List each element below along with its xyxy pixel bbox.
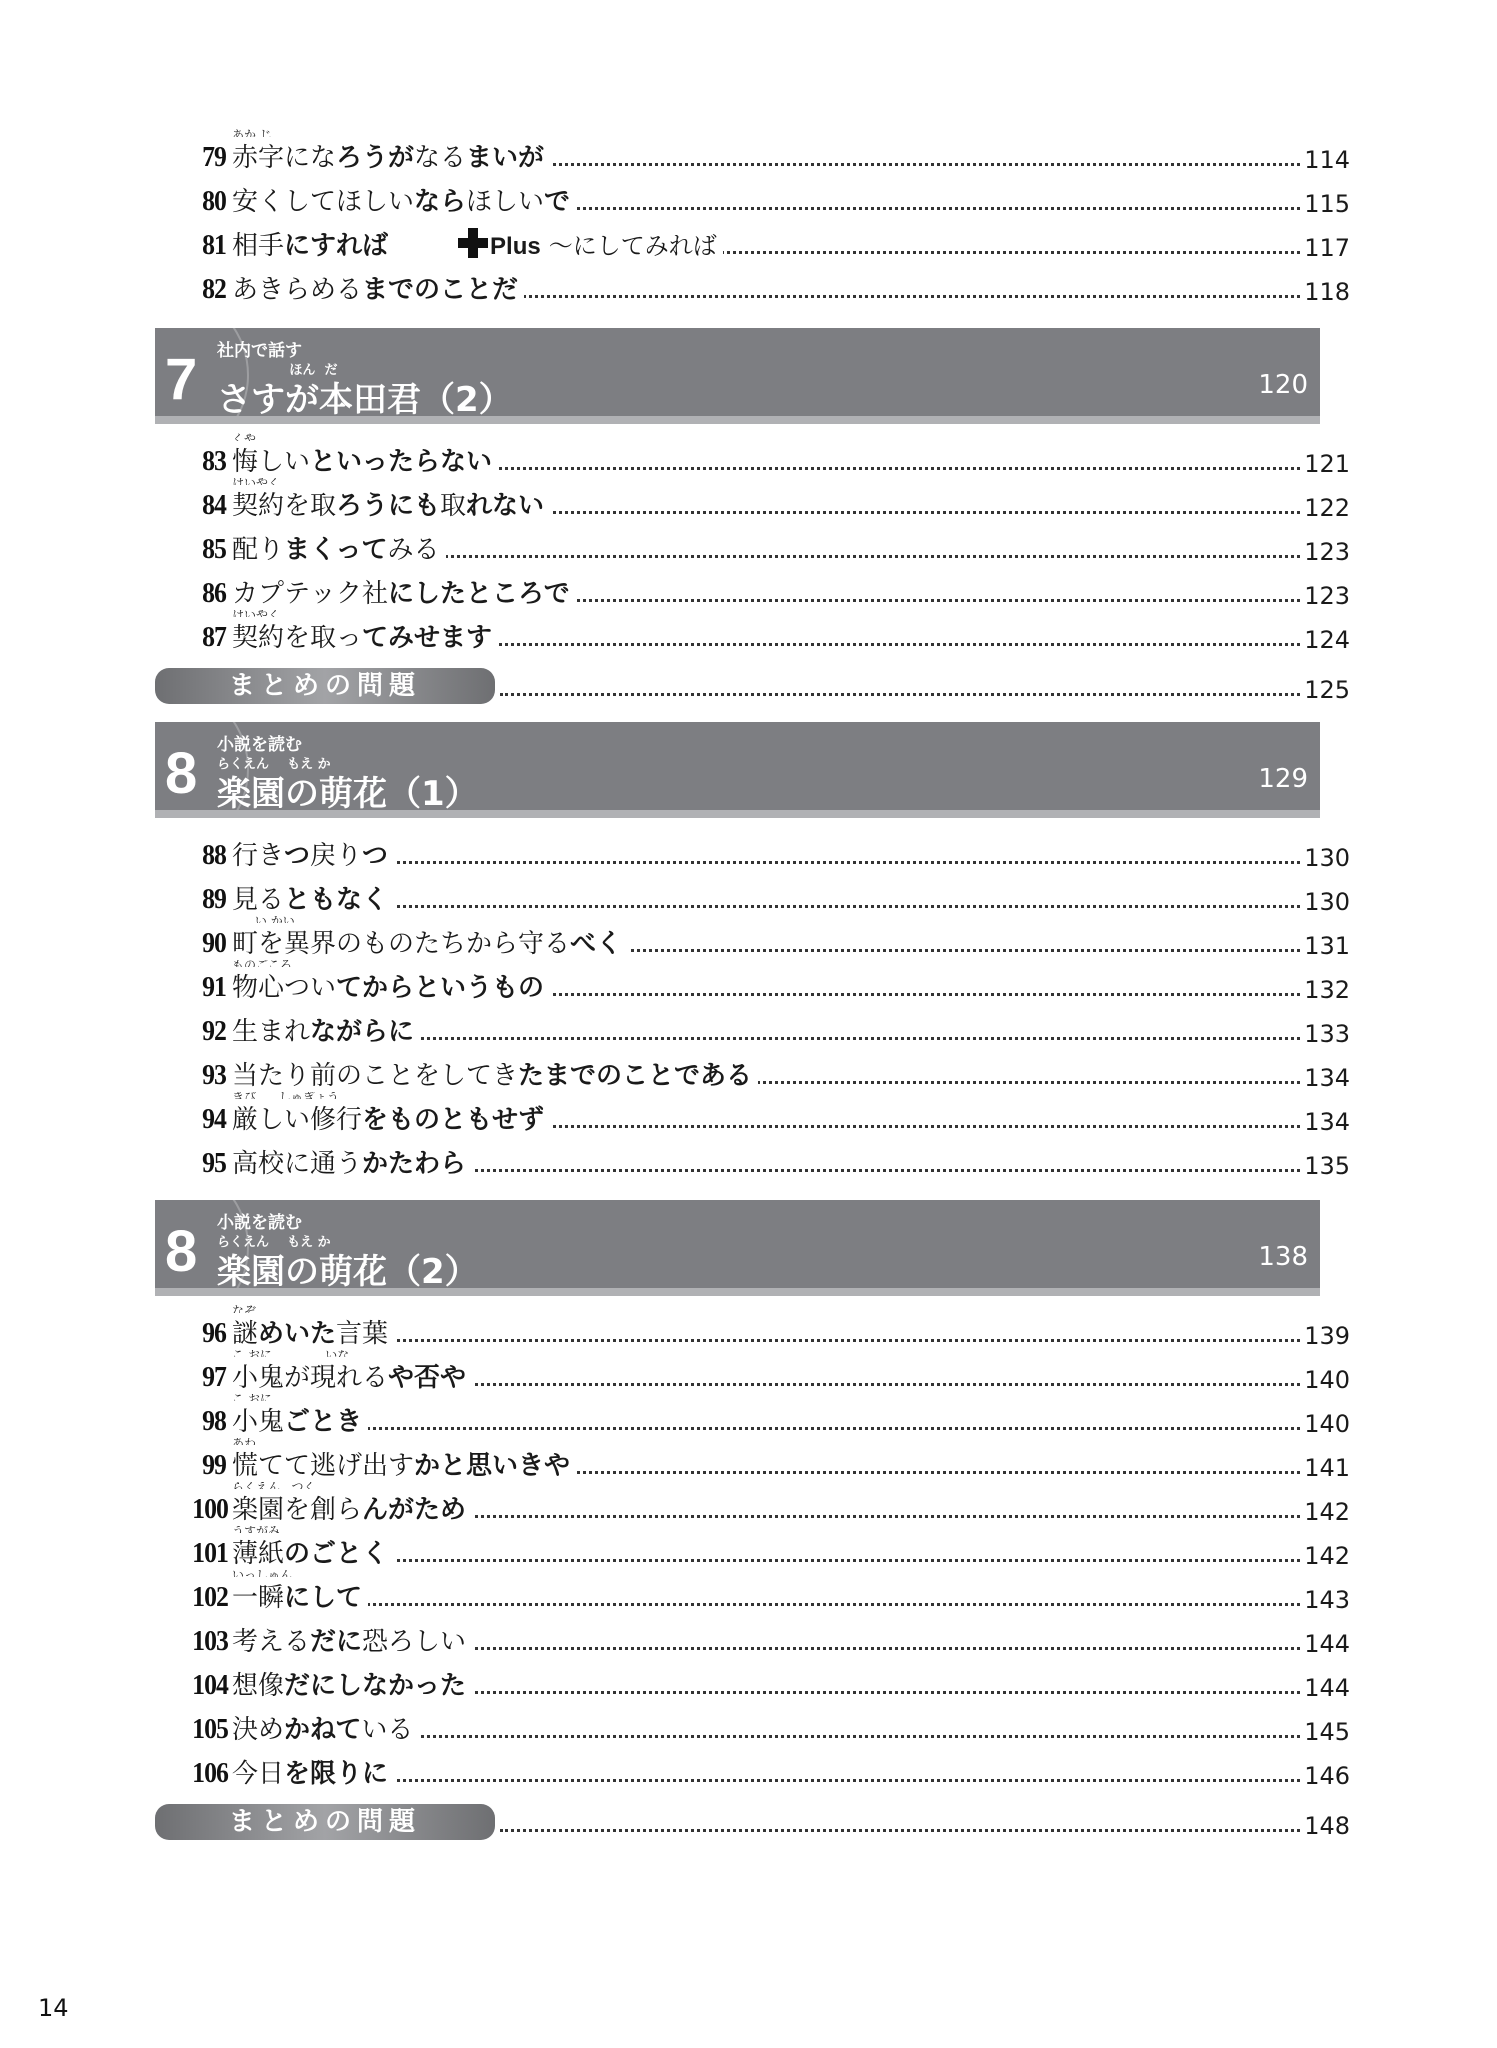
- entry-number: 95: [184, 1148, 226, 1180]
- entry-number: 81: [184, 230, 226, 262]
- page-ref: 131: [1304, 932, 1350, 960]
- page-ref: 145: [1304, 1718, 1350, 1746]
- grammar-pattern: といったらない: [310, 447, 492, 477]
- grammar-pattern: ろうが: [336, 143, 414, 173]
- example-text: 悔しい: [232, 447, 310, 477]
- toc-entry[interactable]: 83くや悔しいといったらない121: [180, 438, 1350, 482]
- toc-entry[interactable]: 93当たり前のことをしてきたまでのことである134: [180, 1052, 1350, 1096]
- entry-title: 薄紙のごとく: [232, 1533, 394, 1570]
- entry-number: 91: [184, 972, 226, 1004]
- toc-entry[interactable]: 85配りまくってみる123: [180, 526, 1350, 570]
- dot-leader: [240, 861, 1300, 864]
- toc-entry[interactable]: 99あわ慌てて逃げ出すかと思いきや141: [180, 1442, 1350, 1486]
- toc-entry[interactable]: 87けいやく契約を取ってみせます124: [180, 614, 1350, 658]
- grammar-pattern: まくって: [284, 535, 387, 565]
- page-ref: 123: [1304, 538, 1350, 566]
- toc-entry[interactable]: 95高校に通うかたわら135: [180, 1140, 1350, 1184]
- entry-number: 92: [184, 1016, 226, 1048]
- dot-leader: [240, 1603, 1300, 1606]
- grammar-pattern: で: [544, 187, 570, 217]
- entry-title: 楽園を創らんがため: [232, 1489, 472, 1526]
- example-text: ほしい: [466, 187, 544, 217]
- entry-number: 94: [184, 1104, 226, 1136]
- plus-text: 〜にしてみれば: [549, 232, 717, 260]
- example-text: いる: [361, 1715, 413, 1745]
- example-text: 恐ろしい: [362, 1627, 466, 1657]
- review-label: まとめの問題: [155, 1804, 495, 1840]
- example-text: 契約を取っ: [232, 623, 362, 653]
- toc-entry[interactable]: 92生まれながらに133: [180, 1008, 1350, 1052]
- example-text: 戻り: [310, 841, 362, 871]
- example-text: 相手: [232, 231, 284, 261]
- grammar-pattern: ろうにも: [336, 491, 440, 521]
- grammar-pattern: ごとき: [284, 1407, 362, 1437]
- page-ref: 142: [1304, 1498, 1350, 1526]
- example-text: 今日: [232, 1759, 284, 1789]
- entry-number: 86: [184, 578, 226, 610]
- grammar-pattern: かたわら: [362, 1149, 466, 1179]
- entry-title: 悔しいといったらない: [232, 441, 498, 478]
- page-ref: 124: [1304, 626, 1350, 654]
- example-text: 行き: [232, 841, 284, 871]
- toc-entry[interactable]: 79あか じ赤字になろうがなるまいが114: [180, 134, 1350, 178]
- chapter-subtitle: 社内で話す: [217, 336, 302, 361]
- entry-title: 一瞬にして: [232, 1577, 368, 1614]
- example-text: 配り: [232, 535, 284, 565]
- toc-entry[interactable]: 82あきらめるまでのことだ118: [180, 266, 1350, 310]
- grammar-pattern: つ: [362, 841, 388, 871]
- example-text: 一瞬: [232, 1583, 284, 1613]
- chapter-subtitle: 小説を読む: [217, 730, 302, 755]
- example-text: 慌てて逃げ出す: [232, 1451, 414, 1481]
- example-text: 厳しい修行: [232, 1105, 362, 1135]
- example-text: なる: [414, 143, 466, 173]
- dot-leader: [240, 1779, 1300, 1782]
- entry-number: 87: [184, 622, 226, 654]
- toc-entry[interactable]: 90 い かい町を異界のものたちから守るべく131: [180, 920, 1350, 964]
- example-text: 安くしてほしい: [232, 187, 414, 217]
- example-text: 小鬼: [232, 1407, 284, 1437]
- grammar-pattern: つ: [284, 841, 310, 871]
- entry-number: 93: [184, 1060, 226, 1092]
- grammar-pattern: てみせます: [362, 623, 492, 653]
- entry-title: 謎めいた言葉: [232, 1313, 394, 1350]
- example-text: 当たり前のことをしてき: [232, 1061, 518, 1091]
- chapter-number: 8: [165, 1218, 197, 1285]
- toc-entry[interactable]: 88行きつ戻りつ130: [180, 832, 1350, 876]
- entry-number: 103: [178, 1626, 228, 1658]
- page-ref: 140: [1304, 1366, 1350, 1394]
- entry-title: 小鬼が現れるや否や: [232, 1357, 472, 1394]
- example-text: 取: [440, 491, 466, 521]
- grammar-pattern: や否や: [388, 1363, 466, 1393]
- page-ref: 134: [1304, 1108, 1350, 1136]
- example-text: みる: [388, 535, 440, 565]
- example-text: 赤字にな: [232, 143, 336, 173]
- entry-title: 生まれながらに: [232, 1011, 420, 1048]
- entry-title: 慌てて逃げ出すかと思いきや: [232, 1445, 576, 1482]
- grammar-pattern: れない: [466, 491, 544, 521]
- chapter-title: 楽園の萌花（1）: [217, 766, 479, 815]
- page-ref: 123: [1304, 582, 1350, 610]
- grammar-pattern: を限りに: [284, 1759, 388, 1789]
- example-text: 物心つい: [232, 973, 336, 1003]
- entry-title: カプテック社にしたところで: [232, 573, 576, 610]
- entry-number: 98: [184, 1406, 226, 1438]
- page-ref: 125: [1304, 676, 1350, 704]
- toc-entry[interactable]: 102いっしゅん一瞬にして143: [180, 1574, 1350, 1618]
- entry-number: 84: [184, 490, 226, 522]
- entry-title: 安くしてほしいならほしいで: [232, 181, 576, 218]
- toc-entry[interactable]: 101うすがみ薄紙のごとく142: [180, 1530, 1350, 1574]
- review-label: まとめの問題: [155, 668, 495, 704]
- entry-number: 104: [178, 1670, 228, 1702]
- example-text: 見る: [232, 885, 284, 915]
- plus-note: Plus〜にしてみれば: [458, 226, 717, 261]
- example-text: 小鬼が現れる: [232, 1363, 388, 1393]
- page-ref: 130: [1304, 888, 1350, 916]
- entry-number: 99: [184, 1450, 226, 1482]
- page-ref: 138: [1258, 1242, 1308, 1272]
- toc-entry[interactable]: 89見るともなく130: [180, 876, 1350, 920]
- page-ref: 117: [1304, 234, 1350, 262]
- grammar-pattern: だにしなかった: [284, 1671, 466, 1701]
- page-ref: 118: [1304, 278, 1350, 306]
- grammar-pattern: たまでのことである: [518, 1061, 752, 1091]
- entry-number: 102: [178, 1582, 228, 1614]
- chapter-title: 楽園の萌花（2）: [217, 1244, 479, 1293]
- grammar-pattern: べく: [570, 929, 622, 959]
- entry-title: 厳しい修行をものともせず: [232, 1099, 550, 1136]
- entry-number: 100: [178, 1494, 228, 1526]
- page-ref: 115: [1304, 190, 1350, 218]
- toc-entry[interactable]: 94きび しゅぎょう厳しい修行をものともせず134: [180, 1096, 1350, 1140]
- page-ref: 129: [1258, 764, 1308, 794]
- chapter-number: 8: [165, 740, 197, 807]
- page-ref: 134: [1304, 1064, 1350, 1092]
- plus-icon: [458, 228, 488, 258]
- example-text: カプテック社: [232, 579, 388, 609]
- page-ref: 132: [1304, 976, 1350, 1004]
- entry-number: 90: [184, 928, 226, 960]
- page-ref: 120: [1258, 370, 1308, 400]
- page-ref: 146: [1304, 1762, 1350, 1790]
- example-text: 契約を取: [232, 491, 336, 521]
- entry-number: 89: [184, 884, 226, 916]
- grammar-pattern: にしたところで: [388, 579, 570, 609]
- grammar-pattern: かと思いきや: [414, 1451, 570, 1481]
- toc-entry[interactable]: 91ものごころ物心ついてからというもの132: [180, 964, 1350, 1008]
- dot-leader: [500, 1829, 1300, 1832]
- entry-title: あきらめるまでのことだ: [232, 269, 524, 306]
- page-ref: 141: [1304, 1454, 1350, 1482]
- entry-title: 今日を限りに: [232, 1753, 394, 1790]
- example-text: 高校に通う: [232, 1149, 362, 1179]
- entry-title: 契約を取ろうにも取れない: [232, 485, 550, 522]
- page-ref: 122: [1304, 494, 1350, 522]
- grammar-pattern: ながらに: [310, 1017, 414, 1047]
- example-text: 想像: [232, 1671, 284, 1701]
- grammar-pattern: てからというもの: [336, 973, 544, 1003]
- grammar-pattern: にすれば: [284, 231, 388, 261]
- toc-entry[interactable]: 100らくえん つく楽園を創らんがため142: [180, 1486, 1350, 1530]
- page-ref: 114: [1304, 146, 1350, 174]
- example-text: 薄紙: [232, 1539, 284, 1569]
- entry-title: 相手にすればPlus〜にしてみれば: [232, 225, 723, 262]
- page-ref: 144: [1304, 1630, 1350, 1658]
- chapter-subtitle: 小説を読む: [217, 1208, 302, 1233]
- entry-number: 97: [184, 1362, 226, 1394]
- toc-entry[interactable]: 81相手にすればPlus〜にしてみれば117: [180, 222, 1350, 266]
- entry-title: 小鬼ごとき: [232, 1401, 368, 1438]
- toc-entry[interactable]: 84けいやく契約を取ろうにも取れない122: [180, 482, 1350, 526]
- entry-title: 見るともなく: [232, 879, 394, 916]
- chapter-header[interactable]: 7社内で話す ほん ださすが本田君（2）120: [155, 328, 1320, 424]
- review-entry[interactable]: まとめの問題125: [155, 664, 1350, 708]
- entry-title: 考えるだに恐ろしい: [232, 1621, 472, 1658]
- example-text: 楽園を創ら: [232, 1495, 362, 1525]
- entry-number: 82: [184, 274, 226, 306]
- entry-title: 高校に通うかたわら: [232, 1143, 472, 1180]
- grammar-pattern: まいが: [466, 143, 544, 173]
- dot-leader: [500, 693, 1300, 696]
- dot-leader: [240, 1559, 1300, 1562]
- entry-number: 88: [184, 840, 226, 872]
- example-text: 言葉: [336, 1319, 388, 1349]
- entry-number: 85: [184, 534, 226, 566]
- page-ref: 140: [1304, 1410, 1350, 1438]
- entry-title: 物心ついてからというもの: [232, 967, 550, 1004]
- page-ref: 144: [1304, 1674, 1350, 1702]
- entry-number: 79: [184, 142, 226, 174]
- entry-title: 想像だにしなかった: [232, 1665, 472, 1702]
- dot-leader: [240, 905, 1300, 908]
- chapter-title: さすが本田君（2）: [217, 372, 513, 421]
- page-ref: 121: [1304, 450, 1350, 478]
- entry-number: 96: [184, 1318, 226, 1350]
- example-text: 生まれ: [232, 1017, 310, 1047]
- page-ref: 143: [1304, 1586, 1350, 1614]
- grammar-pattern: だに: [310, 1627, 362, 1657]
- example-text: 謎: [232, 1319, 258, 1349]
- dot-leader: [240, 1339, 1300, 1342]
- plus-label: Plus: [490, 233, 541, 260]
- entry-title: 当たり前のことをしてきたまでのことである: [232, 1055, 758, 1092]
- page-ref: 142: [1304, 1542, 1350, 1570]
- entry-title: 行きつ戻りつ: [232, 835, 394, 872]
- entry-title: 赤字になろうがなるまいが: [232, 137, 550, 174]
- grammar-pattern: をものともせず: [362, 1105, 544, 1135]
- chapter-header[interactable]: 8小説を読むらくえん もえ か楽園の萌花（1）129: [155, 722, 1320, 818]
- page-ref: 133: [1304, 1020, 1350, 1048]
- toc-entry[interactable]: 86カプテック社にしたところで123: [180, 570, 1350, 614]
- toc-entry[interactable]: 104想像だにしなかった144: [180, 1662, 1350, 1706]
- toc-entry[interactable]: 103考えるだに恐ろしい144: [180, 1618, 1350, 1662]
- page-number: 14: [38, 1994, 69, 2022]
- entry-number: 106: [178, 1758, 228, 1790]
- grammar-pattern: なら: [414, 187, 466, 217]
- entry-number: 101: [178, 1538, 228, 1570]
- entry-title: 町を異界のものたちから守るべく: [232, 923, 628, 960]
- toc-entry[interactable]: 106今日を限りに146: [180, 1750, 1350, 1794]
- page-ref: 139: [1304, 1322, 1350, 1350]
- chapter-header[interactable]: 8小説を読むらくえん もえ か楽園の萌花（2）138: [155, 1200, 1320, 1296]
- entry-title: 配りまくってみる: [232, 529, 446, 566]
- entry-number: 105: [178, 1714, 228, 1746]
- entry-number: 80: [184, 186, 226, 218]
- toc-entry[interactable]: 98こ おに小鬼ごとき140: [180, 1398, 1350, 1442]
- entry-title: 契約を取ってみせます: [232, 617, 498, 654]
- grammar-pattern: にして: [284, 1583, 362, 1613]
- page-ref: 148: [1304, 1812, 1350, 1840]
- chapter-number: 7: [165, 346, 197, 413]
- review-entry[interactable]: まとめの問題148: [155, 1800, 1350, 1844]
- grammar-pattern: んがため: [362, 1495, 466, 1525]
- grammar-pattern: ともなく: [284, 885, 388, 915]
- page-ref: 130: [1304, 844, 1350, 872]
- toc-entry[interactable]: 97こ おに いな小鬼が現れるや否や140: [180, 1354, 1350, 1398]
- example-text: あきらめる: [232, 275, 362, 305]
- example-text: 考える: [232, 1627, 310, 1657]
- toc-entry[interactable]: 80安くしてほしいならほしいで115: [180, 178, 1350, 222]
- grammar-pattern: めいた: [258, 1319, 336, 1349]
- entry-number: 83: [184, 446, 226, 478]
- example-text: 決め: [232, 1715, 284, 1745]
- grammar-pattern: までのことだ: [362, 275, 518, 305]
- grammar-pattern: のごとく: [284, 1539, 388, 1569]
- example-text: 町を異界のものたちから守る: [232, 929, 570, 959]
- page-ref: 135: [1304, 1152, 1350, 1180]
- toc-entry[interactable]: 96なぞ謎めいた言葉139: [180, 1310, 1350, 1354]
- grammar-pattern: かねて: [284, 1715, 361, 1745]
- toc-entry[interactable]: 105決めかねている145: [180, 1706, 1350, 1750]
- entry-title: 決めかねている: [232, 1709, 419, 1746]
- dot-leader: [240, 1427, 1300, 1430]
